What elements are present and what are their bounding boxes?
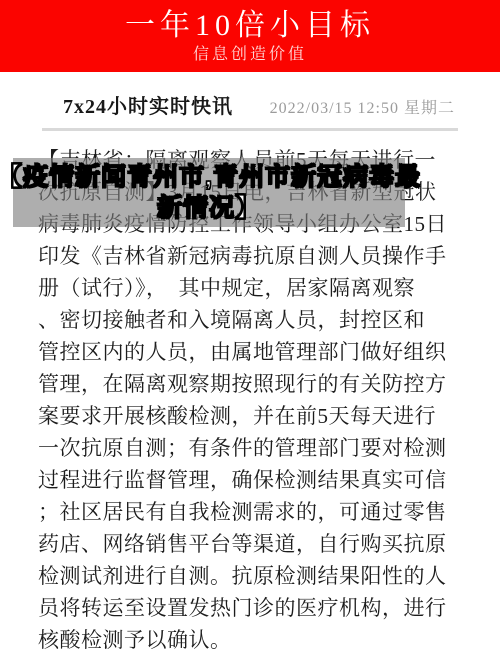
article-line: 、密切接触者和入境隔离人员，封控区和 [38, 304, 466, 336]
news-flash-page: 一年10倍小目标 信息创造价值 7x24小时实时快讯 2022/03/15 12… [0, 0, 500, 671]
article-meta-row: 7x24小时实时快讯 2022/03/15 12:50 星期二 [63, 90, 455, 119]
brand-slogan: 信息创造价值 [193, 45, 307, 65]
article-line: ；社区居民有自我检测需求的，可通过零售 [38, 496, 466, 528]
watermark-text-line2: 新情况】 [157, 193, 261, 224]
article-line: 检测试剂进行自测。抗原检测结果阳性的人 [38, 560, 466, 592]
article-line: 印发《吉林省新冠病毒抗原自测人员操作手 [38, 240, 466, 272]
article-line: 核酸检测予以确认。 [38, 624, 466, 656]
article-line: 管理，在隔离观察期按照现行的有关防控方 [38, 368, 466, 400]
divider [42, 128, 458, 131]
article-line: 册（试行）》， 其中规定，居家隔离观察 [38, 272, 466, 304]
article-line: 员将转运至设置发热门诊的医疗机构，进行 [38, 592, 466, 624]
brand-title: 一年10倍小目标 [125, 9, 375, 43]
watermark-overlay: 【疫情新闻青州市,青州市新冠病毒最 新情况】 [13, 158, 405, 227]
watermark-text-line1: 【疫情新闻青州市,青州市新冠病毒最 [0, 162, 421, 193]
article-line: 药店、网络销售平台等渠道，自行购买抗原 [38, 528, 466, 560]
channel-label: 7x24小时实时快讯 [63, 90, 233, 119]
article-line: 过程进行监督管理，确保检测结果真实可信 [38, 464, 466, 496]
article-line: 案要求开展核酸检测，并在前5天每天进行 [38, 400, 466, 432]
brand-banner: 一年10倍小目标 信息创造价值 [0, 0, 500, 72]
timestamp: 2022/03/15 12:50 星期二 [270, 95, 455, 118]
article-line: 一次抗原自测；有条件的管理部门要对检测 [38, 432, 466, 464]
article-line: 管控区内的人员，由属地管理部门做好组织 [38, 336, 466, 368]
